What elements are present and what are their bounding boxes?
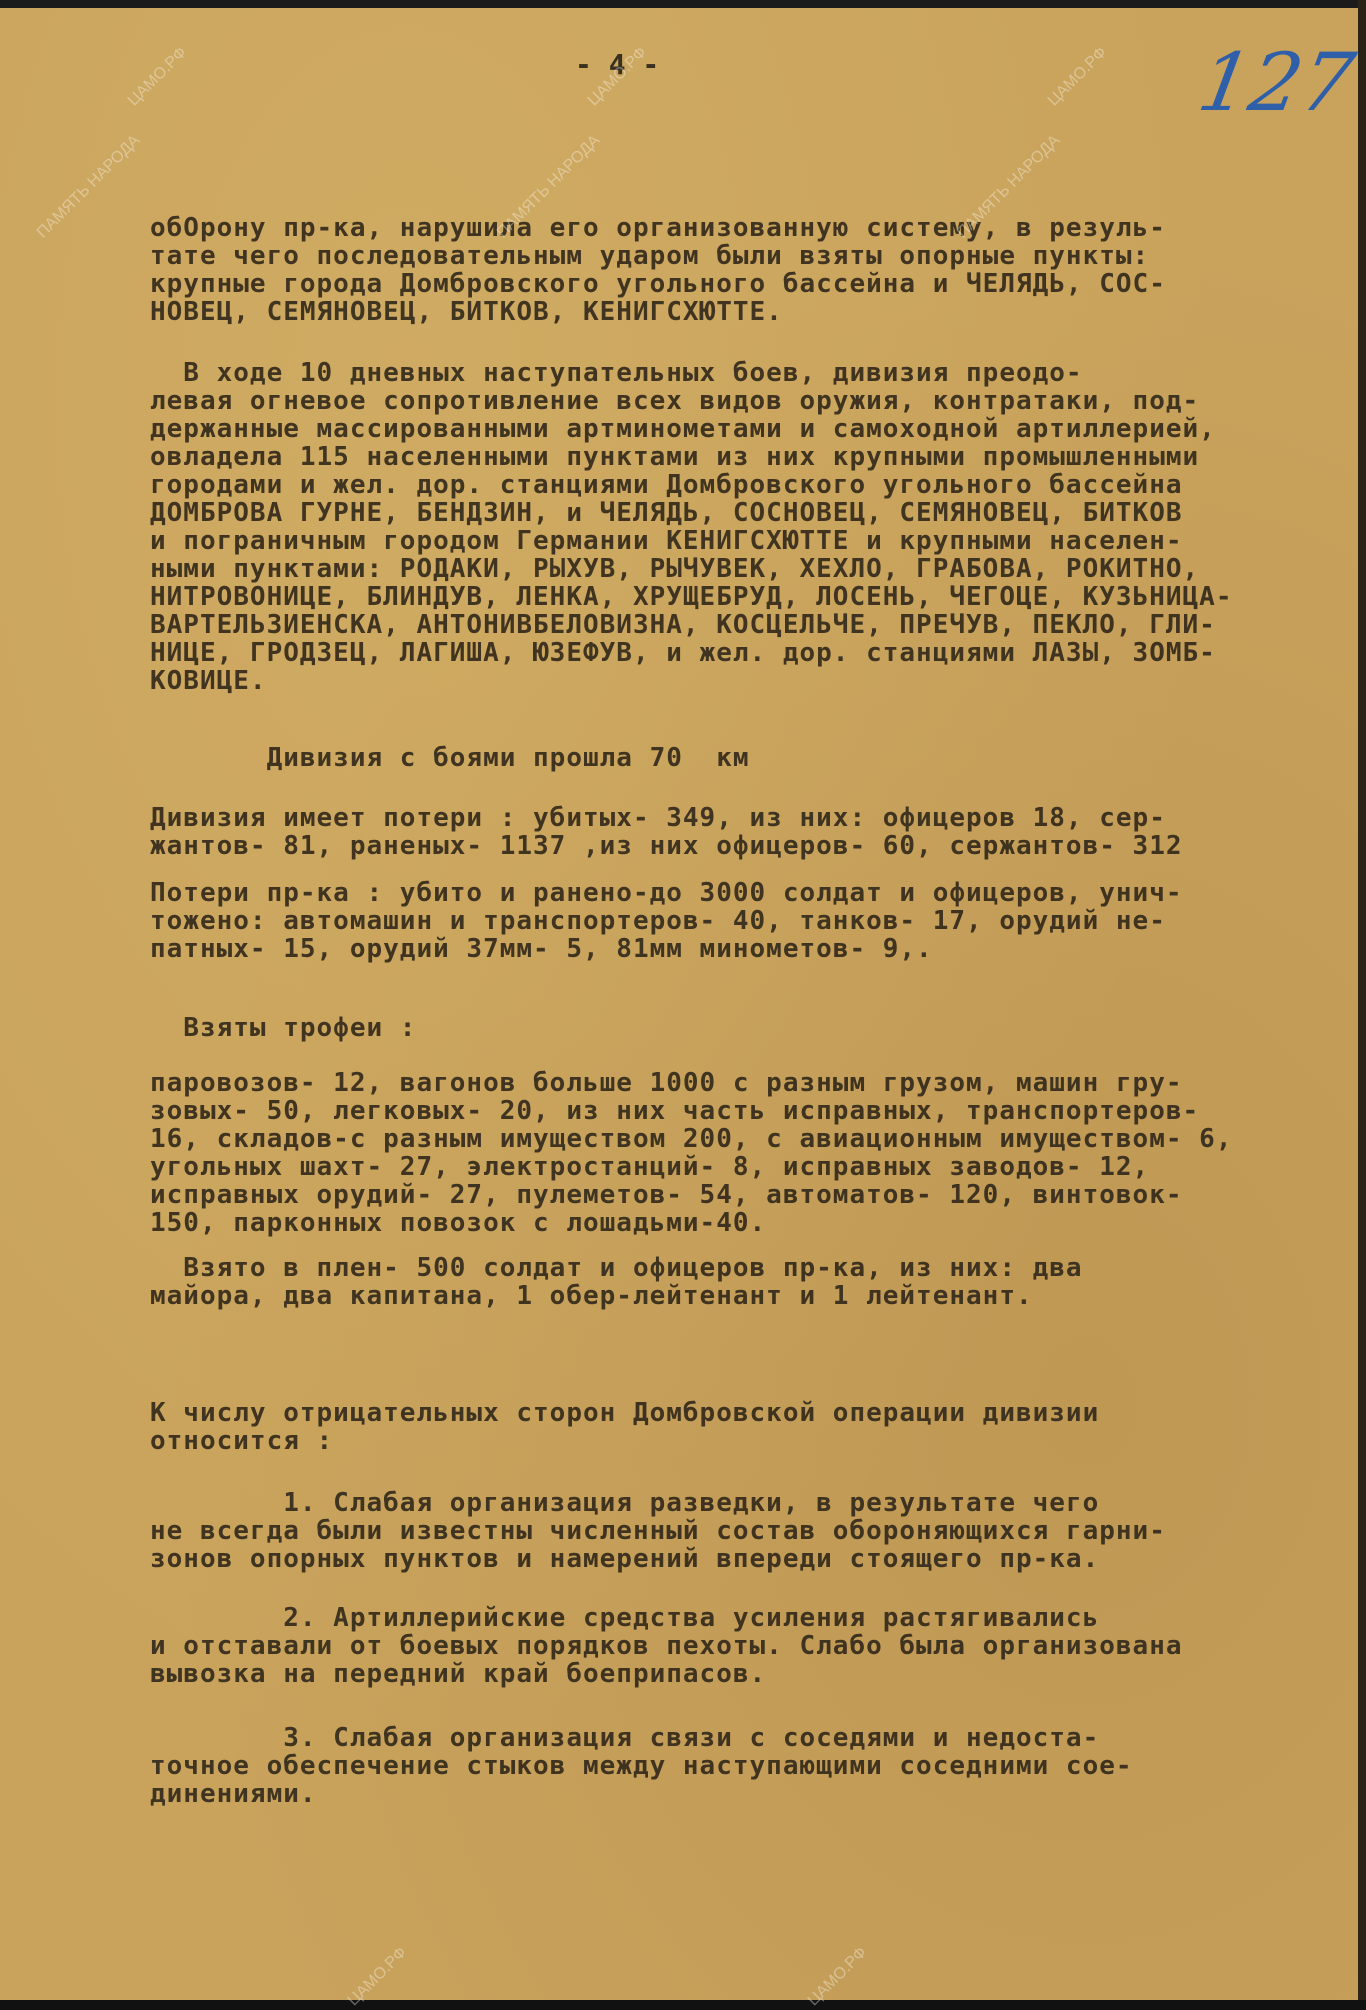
watermark: ПАМЯТЬ НАРОДА (34, 132, 144, 242)
watermark: ЦАМО.РФ (345, 1944, 411, 2000)
watermark: ЦАМО.РФ (805, 1944, 871, 2000)
watermark: ЦАМО.РФ (1045, 44, 1111, 110)
watermark: ЦАМО.РФ (125, 44, 191, 110)
paragraph-prisoners: Взято в плен- 500 солдат и офицеров пр-к… (150, 1198, 1083, 1366)
archive-folio-number: 127 (1192, 36, 1361, 129)
paragraph-offensive: В ходе 10 дневных наступательных боев, д… (150, 303, 1232, 751)
negative-item-3: 3. Слабая организация связи с соседями и… (150, 1668, 1133, 1864)
top-border (0, 0, 1366, 8)
document-page: - 4 - 127 обОрону пр-ка, нарушила его ор… (0, 8, 1358, 2000)
page-edge (1358, 0, 1366, 2000)
